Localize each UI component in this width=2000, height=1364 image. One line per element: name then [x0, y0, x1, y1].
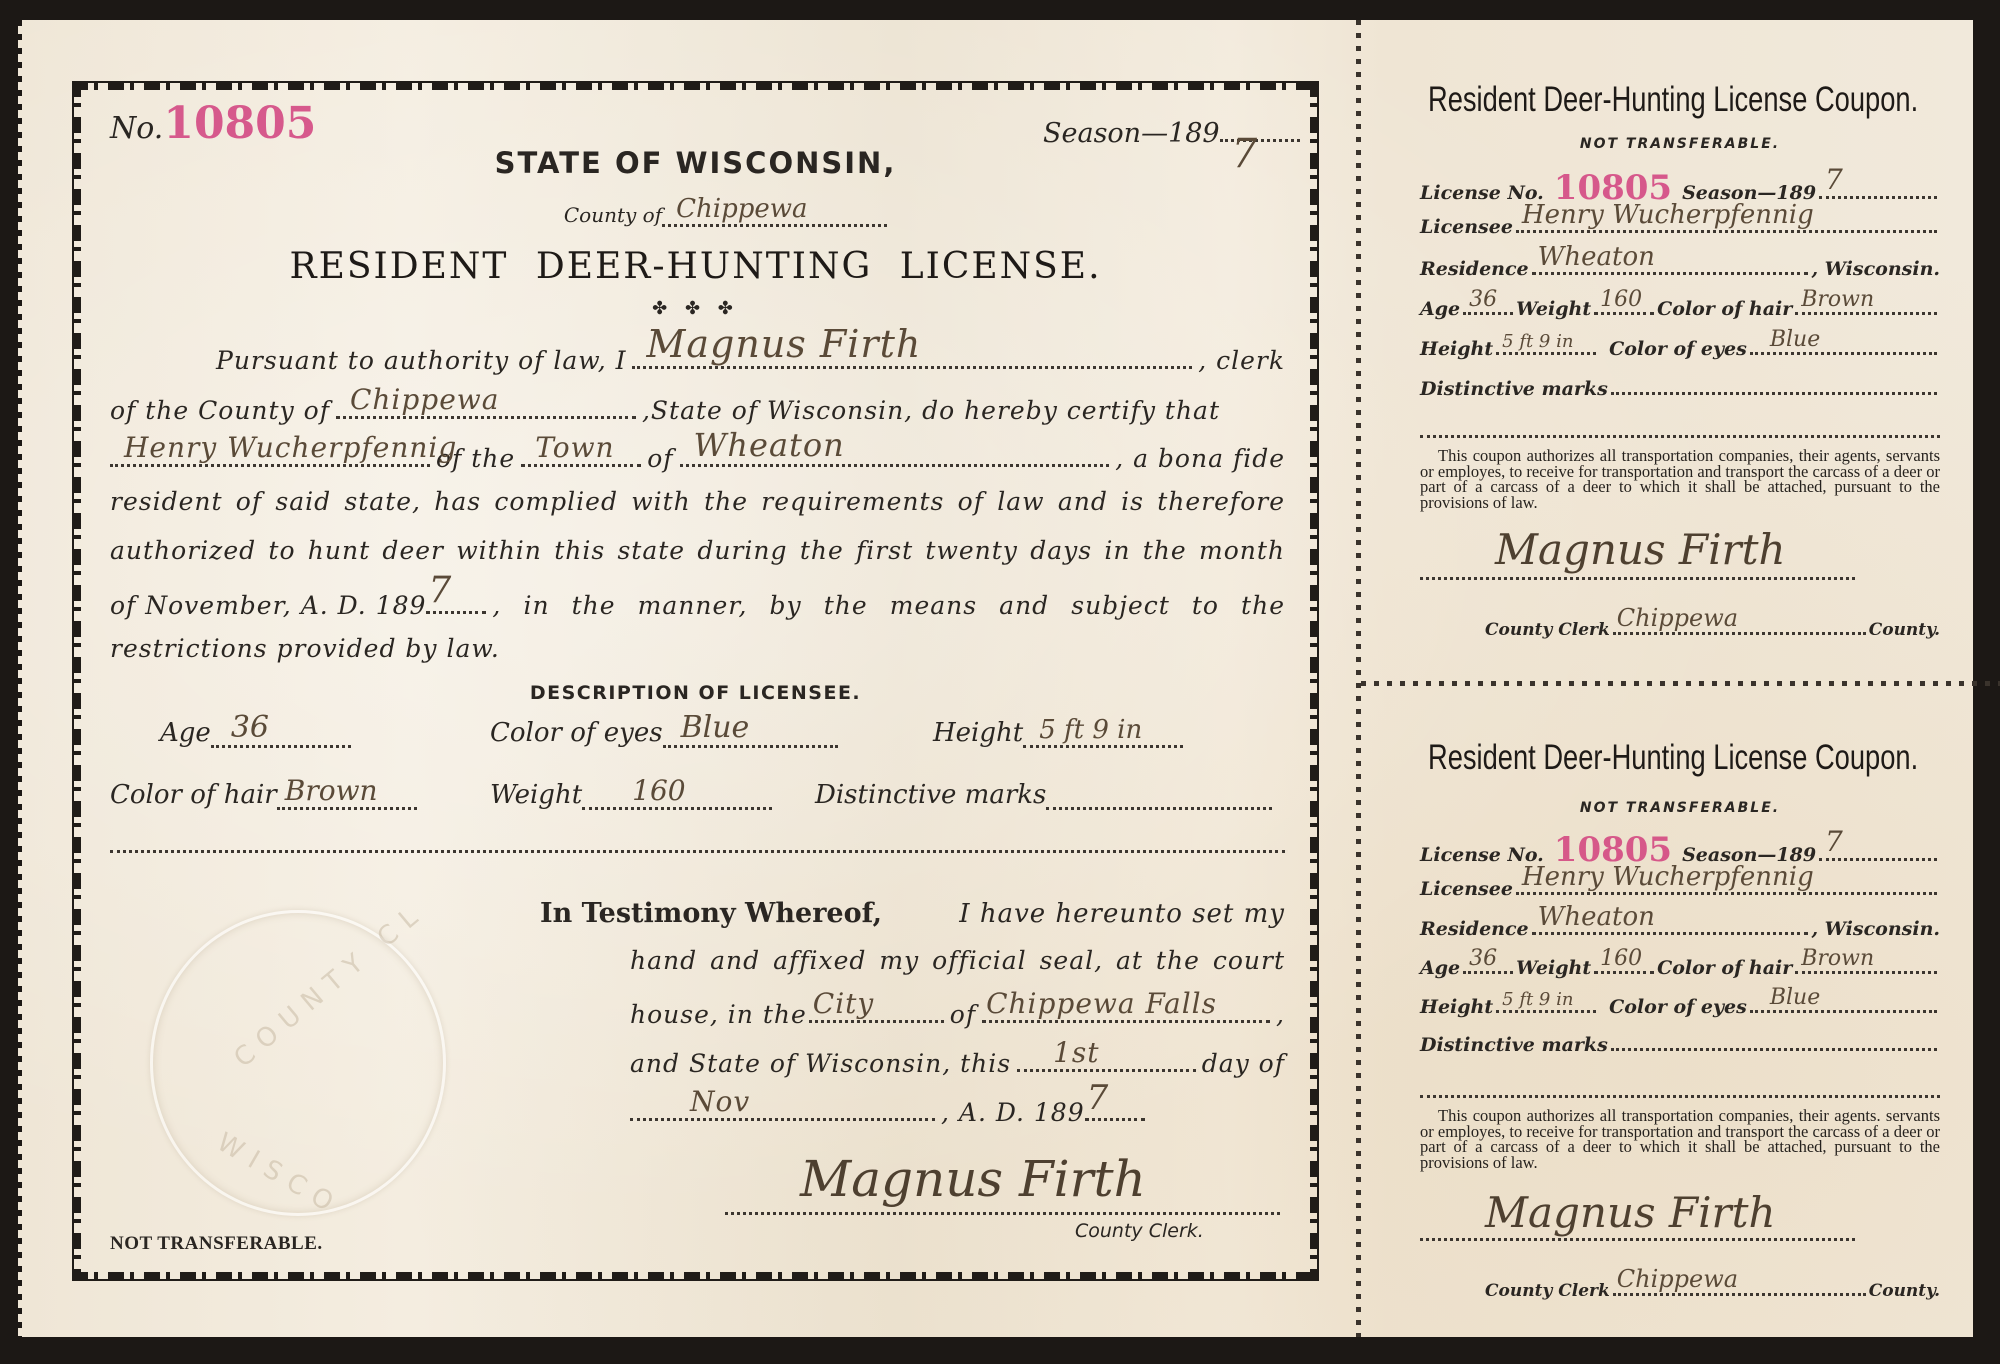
coupon-residence-row: Residence Wheaton , Wisconsin.: [1420, 252, 1940, 280]
body-line-6: of November, A. D. 189 7 , in the manner…: [110, 585, 1285, 620]
body-text: I have hereunto set my: [959, 899, 1285, 929]
licensee-name: Henry Wucherpfennig: [1522, 862, 1814, 892]
age-label: Age: [1420, 298, 1460, 320]
coupon-age-row: Age 36 Weight 160 Color of hair Brown: [1420, 951, 1940, 979]
season: Season—1897: [1043, 118, 1300, 149]
body-line-7: restrictions provided by law.: [110, 634, 1285, 663]
county-suffix: County.: [1869, 1281, 1940, 1301]
age-field: 36: [211, 719, 351, 748]
season-digit: 7: [1825, 163, 1843, 196]
eyes-label: Color of eyes: [1609, 338, 1747, 360]
clerk-name-field: Magnus Firth: [632, 340, 1192, 369]
eyes-value: Blue: [1770, 327, 1820, 352]
license-number-stamp: 10805: [163, 98, 316, 149]
weight-label: Weight: [1516, 957, 1591, 979]
coupon-age-row: Age 36 Weight 160 Color of hair Brown: [1420, 292, 1940, 320]
body-text: of the County of: [110, 396, 330, 425]
body-text: resident of said state, has complied wit…: [110, 487, 1285, 516]
weight-label: Weight: [1516, 298, 1591, 320]
testimony-line-3: house, in the City of Chippewa Falls ,: [630, 994, 1285, 1029]
place-field: Chippewa Falls: [982, 994, 1270, 1023]
month-field: Nov: [630, 1092, 935, 1121]
age-field: 36: [1463, 951, 1513, 974]
body-line-5: authorized to hunt deer within this stat…: [110, 536, 1285, 565]
season-field: 7: [1819, 176, 1937, 199]
coupon-title: Resident Deer-Hunting License Coupon.: [1428, 80, 1918, 120]
hair-field: Brown: [1795, 292, 1937, 315]
marks-field: [1611, 1028, 1937, 1051]
body-text: restrictions provided by law.: [110, 634, 500, 663]
body-text: of: [950, 1000, 976, 1029]
signature-title: County Clerk.: [1075, 1220, 1204, 1242]
age-row: Age36: [160, 718, 351, 748]
body-text: of: [647, 444, 673, 473]
age-value: 36: [1469, 946, 1497, 971]
season-field: 7: [1220, 139, 1300, 142]
testimony-line-5: Nov , A. D. 189 7: [630, 1092, 1190, 1127]
weight-field: 160: [1594, 951, 1654, 974]
tear-perforation-horizontal[interactable]: [1361, 681, 2000, 686]
weight-label: Weight: [490, 780, 582, 810]
description-heading: DESCRIPTION OF LICENSEE.: [63, 682, 1328, 704]
clerk-signature: Magnus Firth: [800, 1150, 1146, 1208]
body-line-4: resident of said state, has complied wit…: [110, 487, 1285, 516]
county-value: Chippewa: [676, 194, 807, 224]
marks-label: Distinctive marks: [815, 780, 1046, 810]
age-value: 36: [1469, 287, 1497, 312]
day: 1st: [1053, 1036, 1099, 1069]
eyes-field: Blue: [663, 719, 838, 748]
marks-continuation-line: [1420, 435, 1940, 438]
municipality-type: Town: [535, 431, 614, 464]
age-label: Age: [160, 718, 211, 748]
residence-suffix: , Wisconsin.: [1811, 918, 1940, 940]
height-label: Height: [1420, 996, 1493, 1018]
marks-label: Distinctive marks: [1420, 1034, 1608, 1056]
height-field: 5 ft 9 in: [1023, 719, 1183, 748]
eyes-label: Color of eyes: [490, 718, 663, 748]
coupon-height-row: Height 5 ft 9 in Color of eyes Blue: [1420, 990, 1940, 1018]
hair-field: Brown: [277, 781, 417, 810]
marks-continuation-line: [1420, 1095, 1940, 1098]
body-line-1: Pursuant to authority of law, I Magnus F…: [110, 340, 1285, 375]
coupon-authorization-text: This coupon authorizes all transportatio…: [1420, 448, 1940, 510]
coupon-residence-row: Residence Wheaton , Wisconsin.: [1420, 912, 1940, 940]
weight-field: 160: [582, 781, 772, 810]
year-field: 7: [426, 585, 486, 614]
season-field: 7: [1819, 838, 1937, 861]
residence-value: Wheaton: [1538, 902, 1655, 932]
signature-line: [725, 1212, 1280, 1215]
coupon-2: Resident Deer-Hunting License Coupon. NO…: [1420, 738, 1940, 1328]
residence-value: Wheaton: [1538, 242, 1655, 272]
body-line-3: Henry Wucherpfennig of the Town of Wheat…: [110, 438, 1285, 473]
coupon-clerk-row: County Clerk Chippewa County.: [1485, 612, 1940, 640]
height-value: 5 ft 9 in: [1039, 715, 1142, 745]
body-text: hand and affixed my official seal, at th…: [630, 946, 1285, 975]
place-type-field: City: [809, 994, 944, 1023]
licensee-name-field: Henry Wucherpfennig: [110, 438, 430, 467]
coupon-not-transferable: NOT TRANSFERABLE.: [1420, 136, 1940, 152]
coupon-height-row: Height 5 ft 9 in Color of eyes Blue: [1420, 332, 1940, 360]
body-text: of November, A. D. 189: [110, 591, 426, 620]
season-digit: 7: [1825, 825, 1843, 858]
county-suffix: County.: [1869, 620, 1940, 640]
body-text: ,: [1276, 1000, 1285, 1029]
residence-field: Wheaton: [1532, 912, 1809, 935]
coupon-clerk-row: County Clerk Chippewa County.: [1485, 1273, 1940, 1301]
coupon-authorization-text: This coupon authorizes all transportatio…: [1420, 1108, 1940, 1170]
licensee-name: Henry Wucherpfennig: [1522, 200, 1814, 230]
body-line-2: of the County of Chippewa ,State of Wisc…: [110, 390, 1285, 425]
weight-field: 160: [1594, 292, 1654, 315]
coupon-marks-row: Distinctive marks: [1420, 1028, 1940, 1056]
county-field: Chippewa: [336, 390, 636, 419]
year-field: 7: [1085, 1092, 1145, 1121]
hair-value: Brown: [1801, 287, 1874, 312]
place-type: City: [813, 987, 874, 1020]
clerk-label: County Clerk: [1485, 1281, 1610, 1301]
marks-row: Distinctive marks: [815, 780, 1272, 810]
testimony-lead: In Testimony Whereof,: [540, 898, 882, 929]
municipality-type-field: Town: [521, 438, 641, 467]
height-row: Height5 ft 9 in: [933, 718, 1183, 748]
body-text: and State of Wisconsin, this: [630, 1049, 1011, 1078]
body-text: , a bona fide: [1115, 444, 1285, 473]
marks-continuation-line: [110, 850, 1285, 853]
eyes-field: Blue: [1750, 332, 1937, 355]
coupon-1: Resident Deer-Hunting License Coupon. NO…: [1420, 80, 1940, 660]
coupon-signature: Magnus Firth: [1485, 1188, 1776, 1237]
hair-field: Brown: [1795, 951, 1937, 974]
body-text: Pursuant to authority of law, I: [216, 346, 626, 375]
year-digit: 7: [1087, 1078, 1110, 1118]
age-field: 36: [1463, 292, 1513, 315]
marks-field: [1046, 781, 1272, 810]
not-transferable-note: NOT TRANSFERABLE.: [110, 1233, 323, 1255]
county-field: Chippewa: [662, 202, 887, 227]
licensee-field: Henry Wucherpfennig: [1516, 210, 1937, 233]
coupon-signature-line: [1420, 577, 1855, 580]
testimony-line-4: and State of Wisconsin, this 1st day of: [630, 1043, 1285, 1078]
season-label: Season—189: [1043, 118, 1220, 149]
licensee-field: Henry Wucherpfennig: [1516, 872, 1937, 895]
hair-row: Color of hairBrown: [110, 780, 417, 810]
weight-value: 160: [1600, 287, 1642, 312]
age-value: 36: [231, 710, 269, 745]
state-heading: STATE OF WISCONSIN,: [63, 146, 1328, 180]
body-text: ,State of Wisconsin, do hereby certify t…: [642, 396, 1285, 425]
coupon-marks-row: Distinctive marks: [1420, 372, 1940, 400]
hair-value: Brown: [285, 774, 378, 807]
coupon-licensee-row: Licensee Henry Wucherpfennig: [1420, 872, 1940, 900]
hair-value: Brown: [1801, 946, 1874, 971]
ornament-icon: ✤ ✤ ✤: [63, 298, 1328, 319]
age-label: Age: [1420, 957, 1460, 979]
county-value: Chippewa: [1617, 604, 1738, 632]
coupon-signature-line: [1420, 1238, 1855, 1241]
license-title: RESIDENT DEER-HUNTING LICENSE.: [63, 246, 1328, 287]
height-value: 5 ft 9 in: [1502, 331, 1573, 352]
licensee-label: Licensee: [1420, 878, 1513, 900]
county-field: Chippewa: [1613, 1273, 1866, 1296]
municipality-field: Wheaton: [680, 438, 1110, 467]
year-digit: 7: [428, 570, 452, 611]
coupon-signature: Magnus Firth: [1495, 525, 1786, 574]
weight-value: 160: [632, 774, 685, 807]
month: Nov: [690, 1085, 750, 1118]
clerk-name: Magnus Firth: [646, 322, 921, 366]
eyes-value: Blue: [1770, 985, 1820, 1010]
height-label: Height: [1420, 338, 1493, 360]
day-field: 1st: [1017, 1043, 1196, 1072]
clerk-label: County Clerk: [1485, 620, 1610, 640]
county-field: Chippewa: [1613, 612, 1866, 635]
residence-label: Residence: [1420, 918, 1529, 940]
hair-label: Color of hair: [1657, 298, 1792, 320]
residence-field: Wheaton: [1532, 252, 1809, 275]
eyes-row: Color of eyesBlue: [490, 718, 838, 748]
county-value: Chippewa: [350, 383, 500, 416]
testimony-line-1: In Testimony Whereof, I have hereunto se…: [540, 898, 1285, 929]
eyes-value: Blue: [681, 710, 750, 745]
body-text: , A. D. 189: [941, 1098, 1085, 1127]
weight-value: 160: [1600, 946, 1642, 971]
licensee-name: Henry Wucherpfennig: [124, 431, 457, 464]
height-field: 5 ft 9 in: [1496, 990, 1596, 1013]
perforated-left-edge: [14, 20, 22, 1337]
eyes-field: Blue: [1750, 990, 1937, 1013]
number-label: No.: [110, 111, 163, 146]
height-field: 5 ft 9 in: [1496, 332, 1596, 355]
body-text: , clerk: [1198, 346, 1285, 375]
licensee-label: Licensee: [1420, 216, 1513, 238]
municipality: Wheaton: [694, 426, 845, 464]
body-text: , in the manner, by the means and subjec…: [492, 591, 1285, 620]
place: Chippewa Falls: [986, 987, 1217, 1020]
coupon-title: Resident Deer-Hunting License Coupon.: [1428, 738, 1918, 778]
marks-field: [1611, 372, 1937, 395]
eyes-label: Color of eyes: [1609, 996, 1747, 1018]
weight-row: Weight160: [490, 780, 772, 810]
residence-label: Residence: [1420, 258, 1529, 280]
coupon-not-transferable: NOT TRANSFERABLE.: [1420, 800, 1940, 816]
body-text: day of: [1202, 1049, 1285, 1078]
tear-perforation-vertical[interactable]: [1356, 20, 1361, 1337]
hair-label: Color of hair: [110, 780, 277, 810]
coupon-licensee-row: Licensee Henry Wucherpfennig: [1420, 210, 1940, 238]
county-label: County of: [564, 203, 662, 227]
body-text: authorized to hunt deer within this stat…: [110, 536, 1285, 565]
testimony-line-2: hand and affixed my official seal, at th…: [630, 946, 1285, 975]
license-number: No.10805: [110, 98, 316, 149]
body-text: house, in the: [630, 1000, 807, 1029]
county-line: County ofChippewa: [63, 202, 1328, 227]
residence-suffix: , Wisconsin.: [1811, 258, 1940, 280]
hair-label: Color of hair: [1657, 957, 1792, 979]
height-label: Height: [933, 718, 1023, 748]
county-value: Chippewa: [1617, 1265, 1738, 1293]
height-value: 5 ft 9 in: [1502, 989, 1573, 1010]
marks-label: Distinctive marks: [1420, 378, 1608, 400]
